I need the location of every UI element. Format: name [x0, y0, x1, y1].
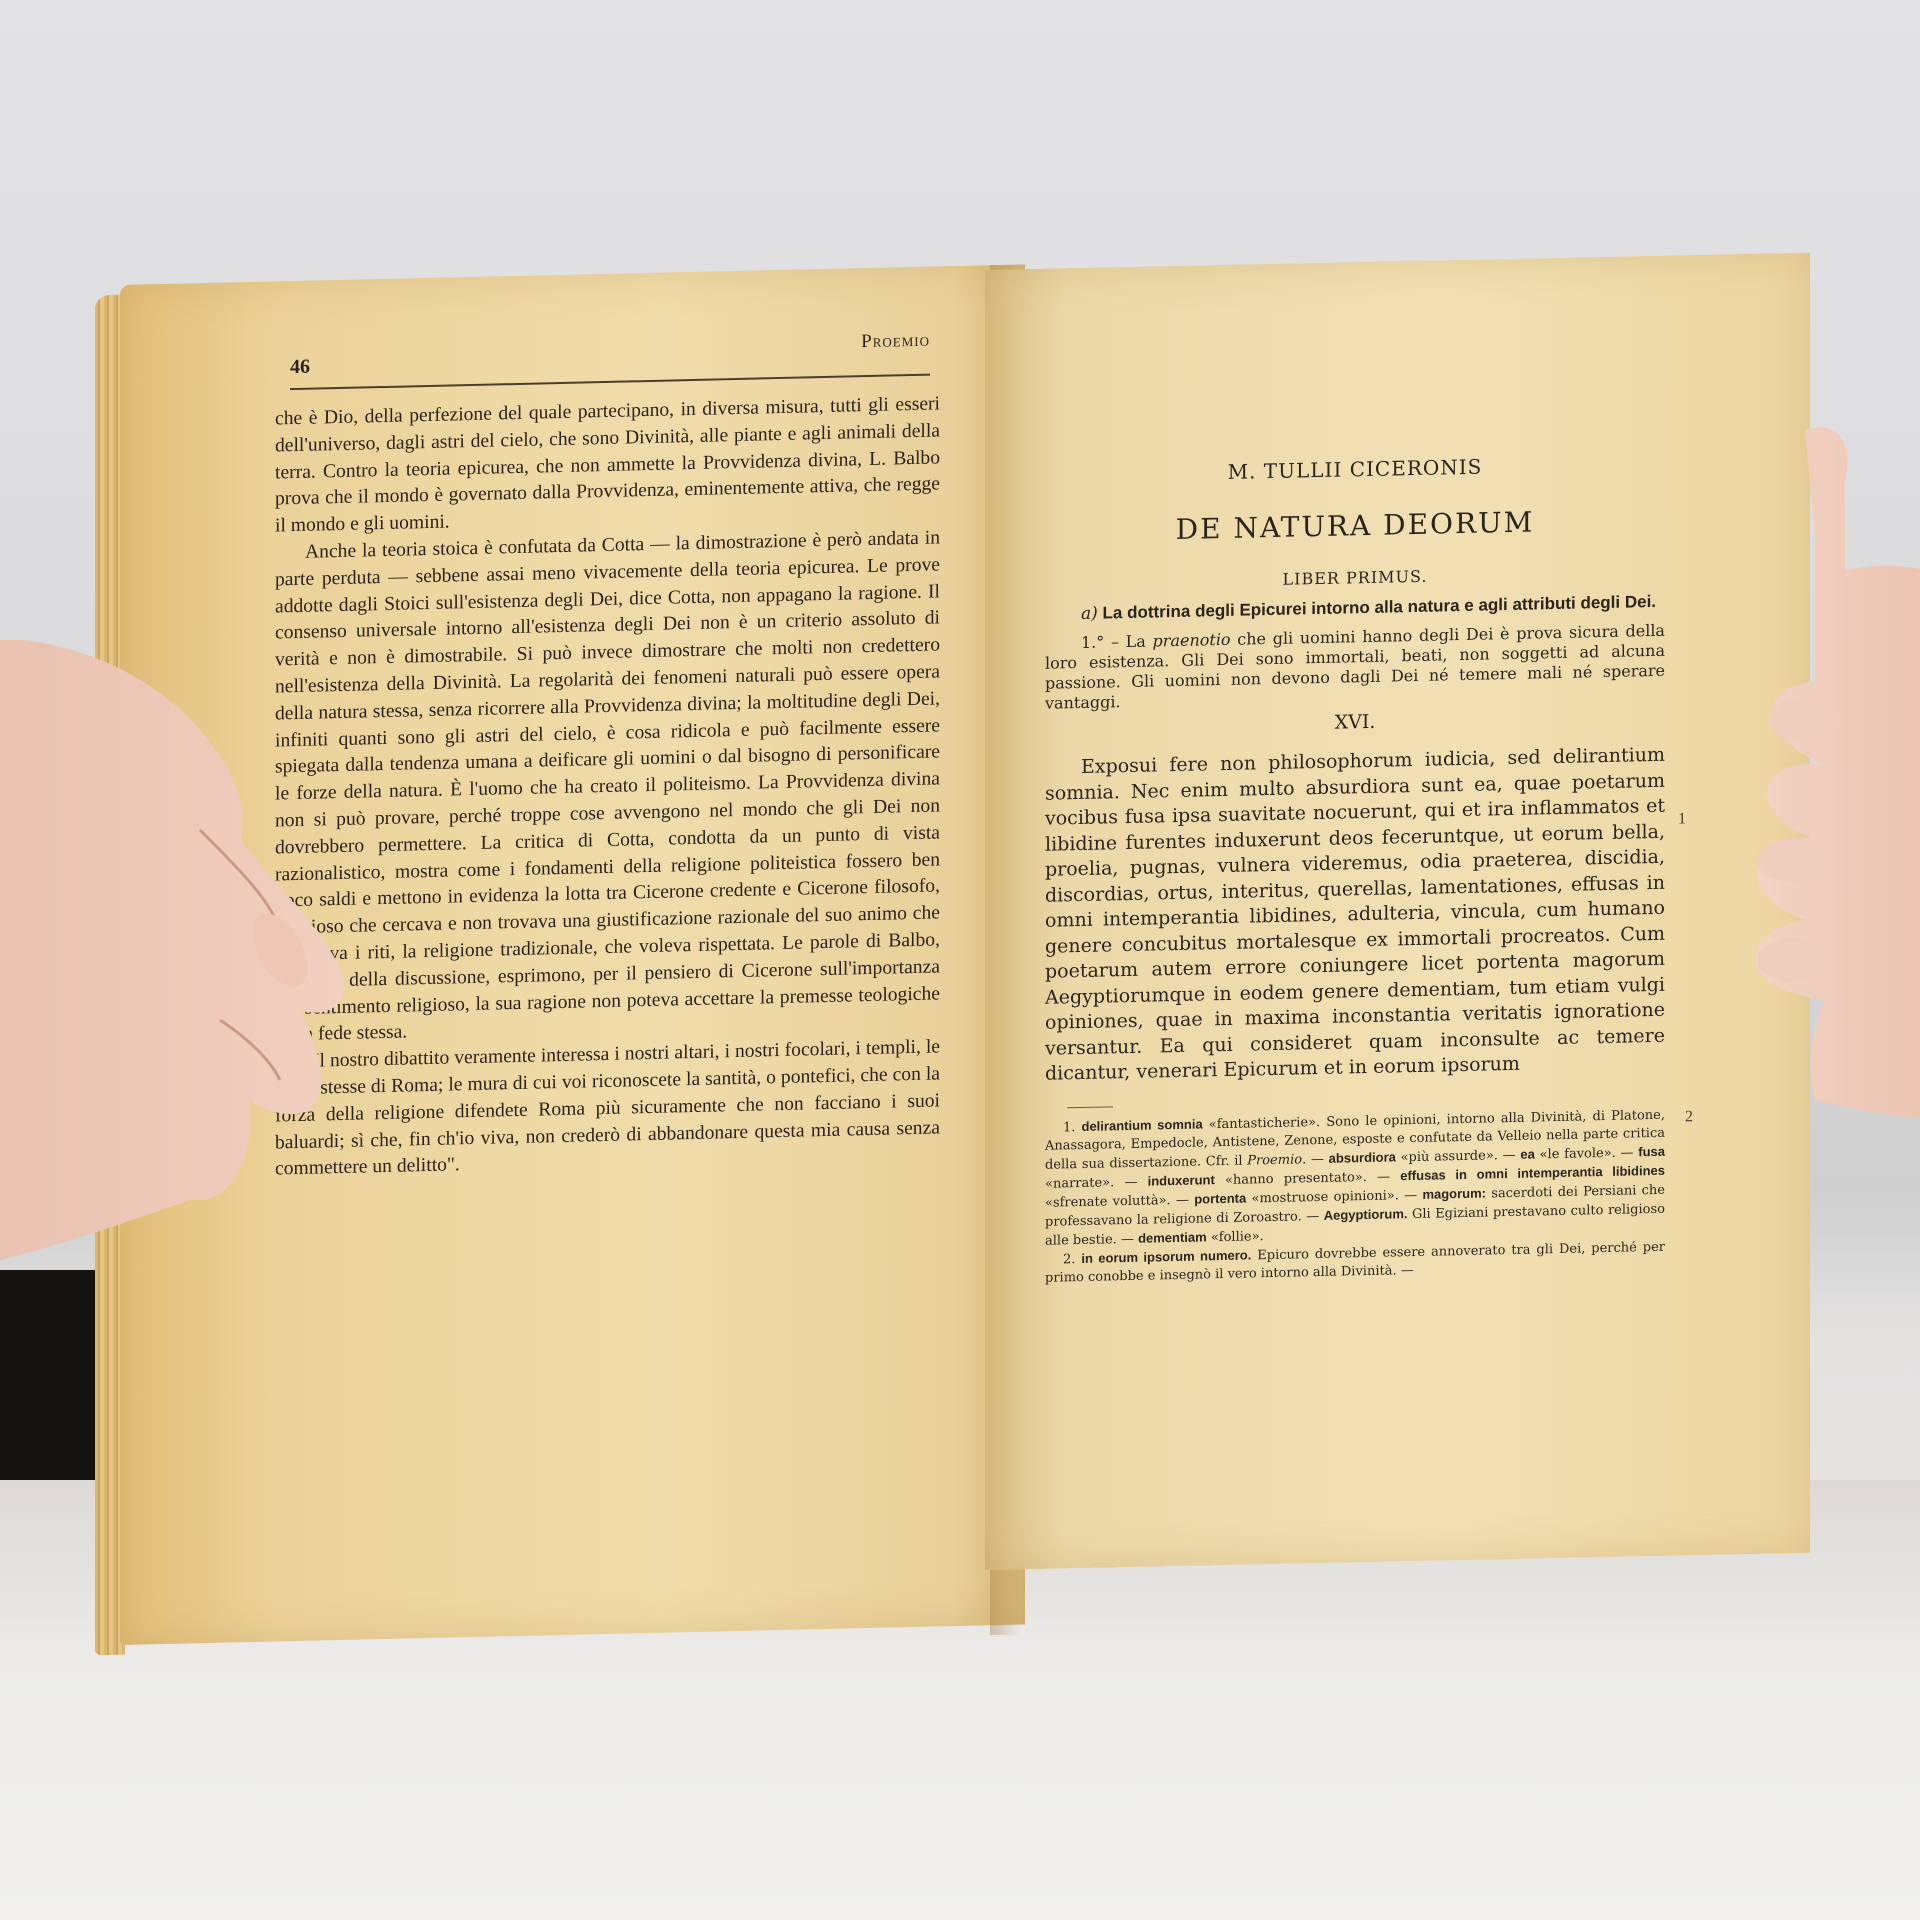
right-hand	[1695, 420, 1920, 1140]
section-heading-text: La dottrina degli Epicurei intorno alla …	[1103, 592, 1657, 623]
work-title: DE NATURA DEORUM	[1045, 503, 1665, 549]
latin-text: Exposui fere non philosophorum iudicia, …	[1045, 743, 1665, 1087]
margin-mark: 1	[1678, 810, 1686, 828]
running-head: 46 Proemio	[290, 342, 930, 387]
summary-italic-term: praenotio	[1153, 630, 1231, 651]
footnote: 1. delirantium somnia «fantasticherie». …	[1045, 1105, 1665, 1250]
page-number: 46	[290, 356, 310, 379]
summary: 1.° – La praenotio che gli uomini hanno …	[1045, 621, 1665, 714]
book-heading: LIBER PRIMUS.	[1045, 562, 1665, 594]
section-label: a)	[1081, 604, 1098, 624]
summary-number: 1.° –	[1081, 632, 1119, 652]
left-hand	[0, 640, 380, 1300]
margin-mark: 2	[1685, 1108, 1693, 1126]
footnotes: 1. delirantium somnia «fantasticherie». …	[1045, 1105, 1665, 1287]
right-content: M. TULLII CICERONIS DE NATURA DEORUM LIB…	[1045, 451, 1665, 1287]
right-page: M. TULLII CICERONIS DE NATURA DEORUM LIB…	[985, 253, 1810, 1570]
author-heading: M. TULLII CICERONIS	[1045, 451, 1665, 488]
running-title: Proemio	[861, 330, 930, 354]
footnote-rule	[1067, 1106, 1113, 1108]
summary-text: La	[1126, 632, 1146, 651]
paragraph: che è Dio, della perfezione del quale pa…	[275, 391, 940, 540]
section-heading: a) La dottrina degli Epicurei intorno al…	[1045, 591, 1665, 626]
